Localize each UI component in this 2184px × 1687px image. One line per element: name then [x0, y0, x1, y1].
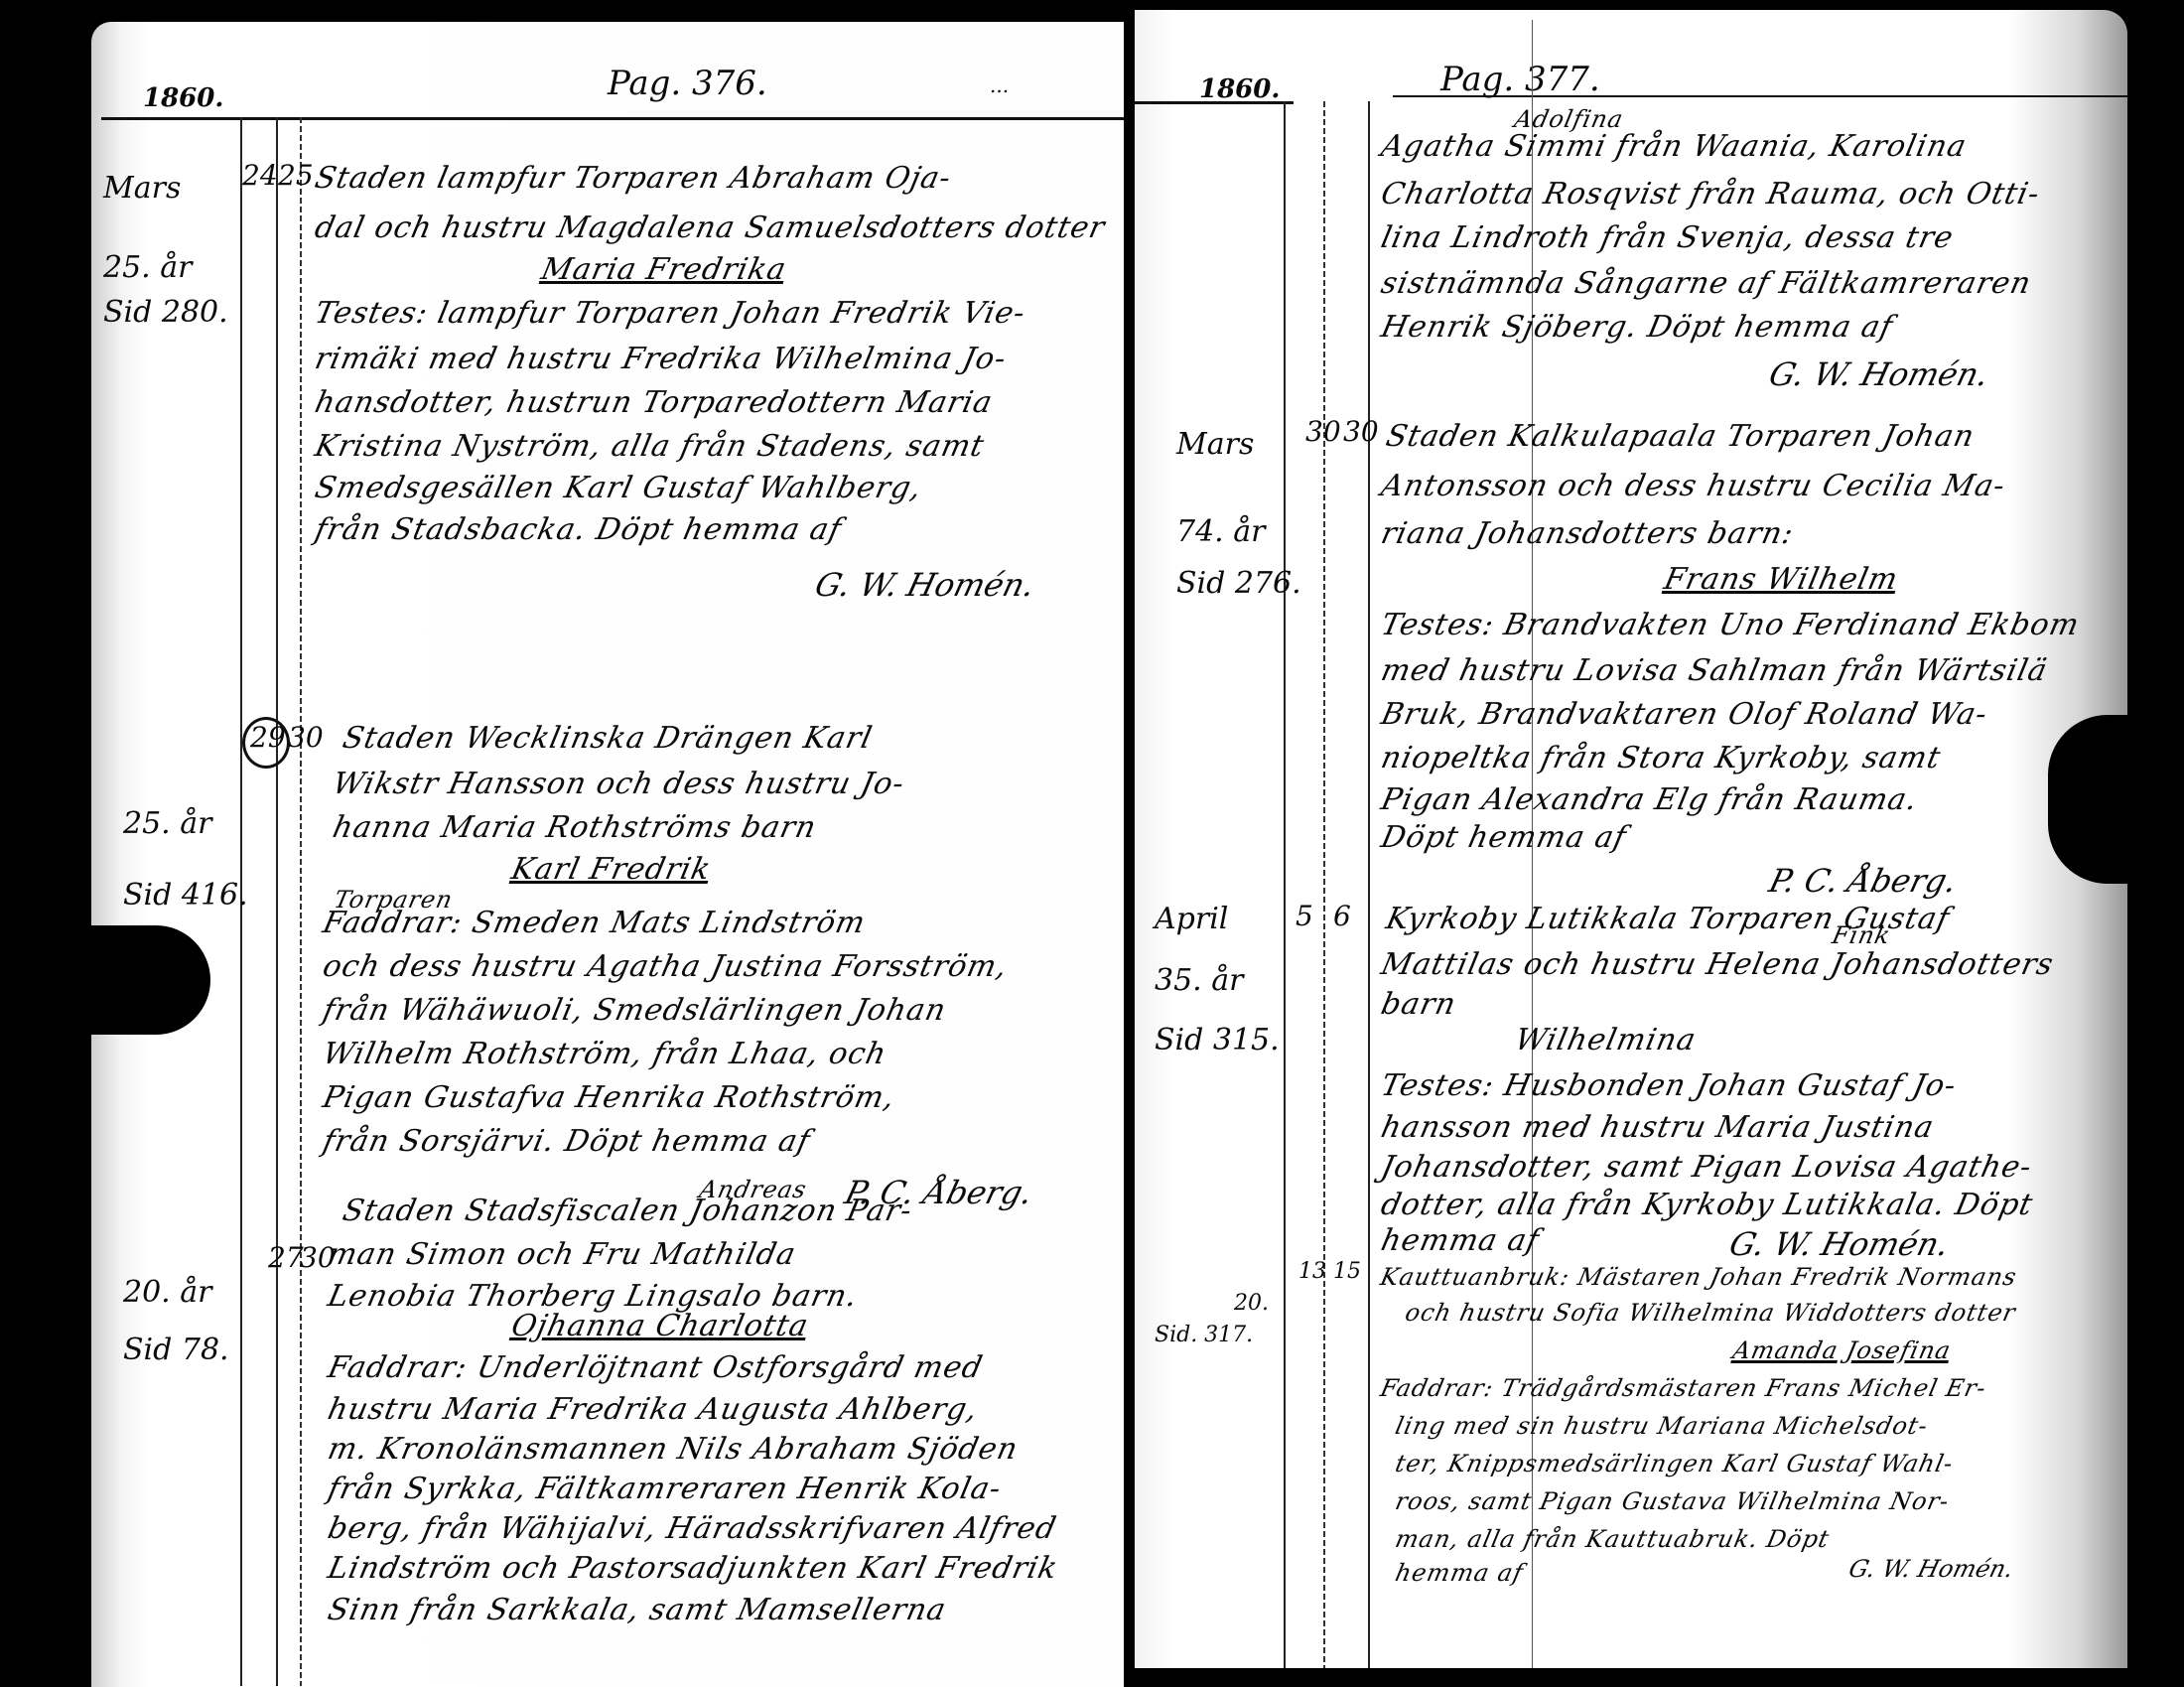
entry-line: hansdotter, hustrun Torparedottern Maria: [312, 385, 996, 420]
entry-line: från Sorsjärvi. Döpt hemma af: [320, 1124, 813, 1159]
margin-ref: Sid. 317.: [1155, 1323, 1253, 1347]
child-name: Maria Fredrika: [538, 252, 790, 287]
entry-line: barn: [1378, 987, 1459, 1022]
entry-line: Döpt hemma af: [1378, 820, 1630, 855]
margin-age: 35. år: [1155, 963, 1243, 998]
signature: P. C. Åberg.: [1765, 862, 1961, 900]
column-rule-born: [276, 117, 278, 1686]
entry-line: från Syrkka, Fältkamreraren Henrik Kola-: [325, 1472, 1005, 1506]
corner-mark: ...: [990, 73, 1009, 97]
child-name: Frans Wilhelm: [1661, 562, 1901, 597]
entry-line: Pigan Alexandra Elg från Rauma.: [1378, 782, 1921, 817]
day-born: 24: [242, 159, 278, 192]
page-number: Pag. 376.: [608, 64, 767, 103]
entry-line: m. Kronolänsmannen Nils Abraham Sjöden: [325, 1432, 1022, 1467]
entry-line: från Wähäwuoli, Smedslärlingen Johan: [320, 993, 949, 1028]
entry-line: Mattilas och hustru Helena Johansdotters: [1378, 947, 2057, 982]
entry-line: Testes: Brandvakten Uno Ferdinand Ekbom: [1378, 608, 2083, 642]
margin-ref: Sid 280.: [103, 295, 228, 330]
entry-month: Mars: [103, 171, 181, 206]
entry-line: Henrik Sjöberg. Döpt hemma af: [1378, 310, 1896, 345]
entry-line: Staden Wecklinska Drängen Karl: [340, 721, 876, 756]
margin-age: 20. år: [123, 1275, 211, 1310]
entry-line: och dess hustru Agatha Justina Forsström…: [320, 949, 1011, 984]
entry-line: roos, samt Pigan Gustava Wilhelmina Nor-: [1393, 1487, 1952, 1515]
page-year: 1860.: [143, 83, 223, 113]
margin-ref: Sid 276.: [1176, 566, 1301, 601]
entry-line: sistnämnda Sångarne af Fältkamreraren: [1378, 266, 2034, 301]
signature: G. W. Homén.: [1846, 1555, 2017, 1583]
entry-line: Pigan Gustafva Henrika Rothström,: [320, 1080, 898, 1115]
entry-line: Kristina Nyström, alla från Stadens, sam…: [312, 429, 988, 464]
child-name: Amanda Josefina: [1730, 1336, 1954, 1364]
margin-age: 74. år: [1176, 514, 1265, 549]
margin-ref: Sid 416.: [123, 878, 248, 913]
day-born: 13: [1298, 1259, 1326, 1284]
entry-line: Faddrar: Trädgårdsmästaren Frans Michel …: [1378, 1374, 1989, 1402]
margin-age: 25. år: [103, 250, 192, 285]
day-baptized: 30: [288, 721, 324, 754]
entry-line: Smedsgesällen Karl Gustaf Wahlberg,: [312, 471, 925, 505]
entry-line: Johansdotter, samt Pigan Lovisa Agathe-: [1378, 1150, 2035, 1185]
page-edge-shadow: [2048, 715, 2127, 884]
insert-above: Fink: [1830, 921, 1893, 949]
header-rule: [1393, 95, 2127, 97]
day-born: 27: [268, 1241, 304, 1274]
entry-line: hustru Maria Fredrika Augusta Ahlberg,: [325, 1392, 981, 1427]
page-number: Pag. 377.: [1440, 60, 1600, 99]
column-rule-baptized: [1368, 101, 1370, 1668]
entry-line: niopeltka från Stora Kyrkoby, samt: [1378, 741, 1944, 775]
header-rule: [1135, 101, 1294, 104]
entry-line: Bruk, Brandvaktaren Olof Roland Wa-: [1378, 697, 1990, 732]
day-born: 29: [250, 721, 286, 754]
entry-line: hansson med hustru Maria Justina: [1378, 1110, 1937, 1145]
entry-line: lina Lindroth från Svenja, dessa tre: [1378, 220, 1957, 255]
left-page: 1860. Pag. 376. ... Mars 24 25 25. år Si…: [91, 22, 1124, 1687]
signature: G. W. Homén.: [811, 566, 1038, 604]
entry-month: April: [1155, 902, 1228, 936]
child-name: Ojhanna Charlotta: [508, 1309, 812, 1343]
entry-line: med hustru Lovisa Sahlman från Wärtsilä: [1378, 653, 2051, 688]
entry-line: Wilhelm Rothström, från Lhaa, och: [320, 1037, 889, 1071]
entry-line: Testes: lampfur Torparen Johan Fredrik V…: [312, 296, 1028, 331]
entry-line: Staden Stadsfiscalen Johanzon Par-: [340, 1194, 915, 1228]
column-rule-date: [1284, 101, 1286, 1668]
day-baptized: 30: [1343, 415, 1379, 448]
entry-line: berg, från Wähijalvi, Häradsskrifvaren A…: [325, 1511, 1060, 1546]
entry-line: ling med sin hustru Mariana Michelsdot-: [1393, 1412, 1931, 1440]
entry-line: riana Johansdotters barn:: [1378, 516, 1797, 551]
entry-line: Staden Kalkulapaala Torparen Johan: [1383, 419, 1978, 454]
entry-line: Agatha Simmi från Waania, Karolina: [1378, 129, 1970, 164]
right-page: 1860. Pag. 377. Adolfina Agatha Simmi fr…: [1135, 10, 2127, 1668]
signature: G. W. Homén.: [1725, 1225, 1953, 1263]
entry-line: Testes: Husbonden Johan Gustaf Jo-: [1378, 1068, 1960, 1103]
entry-line: från Stadsbacka. Döpt hemma af: [312, 512, 845, 547]
entry-line: man, alla från Kauttuabruk. Döpt: [1393, 1525, 1833, 1553]
entry-line: dotter, alla från Kyrkoby Lutikkala. Döp…: [1378, 1188, 2036, 1222]
entry-line: Faddrar: Smeden Mats Lindström: [320, 906, 869, 940]
day-baptized: 6: [1333, 900, 1351, 932]
entry-line: Sinn från Sarkkala, samt Mamsellerna: [325, 1593, 950, 1627]
entry-line: Charlotta Rosqvist från Rauma, och Otti-: [1378, 177, 2043, 211]
entry-line: Lindström och Pastorsadjunkten Karl Fred…: [325, 1551, 1061, 1586]
day-born: 5: [1296, 900, 1313, 932]
margin-ref: Sid 315.: [1155, 1023, 1280, 1057]
entry-line: dal och hustru Magdalena Samuelsdotters …: [312, 211, 1109, 245]
entry-line: Wikstr Hansson och dess hustru Jo-: [330, 767, 907, 801]
signature: G. W. Homén.: [1765, 355, 1992, 393]
entry-line: hanna Maria Rothströms barn: [330, 810, 820, 845]
entry-line: hemma af: [1393, 1559, 1526, 1587]
entry-line: Staden lampfur Torparen Abraham Oja-: [312, 161, 955, 196]
entry-line: rimäki med hustru Fredrika Wilhelmina Jo…: [312, 342, 1010, 376]
child-name: Karl Fredrik: [508, 852, 714, 887]
entry-line: Kauttuanbruk: Mästaren Johan Fredrik Nor…: [1378, 1263, 2019, 1291]
column-rule-born: [1323, 101, 1325, 1668]
day-baptized: 25: [278, 159, 314, 192]
day-born: 30: [1305, 415, 1341, 448]
entry-line: man Simon och Fru Mathilda: [325, 1237, 799, 1272]
margin-ref: Sid 78.: [123, 1333, 229, 1367]
entry-line: Antonsson och dess hustru Cecilia Ma-: [1378, 469, 2008, 503]
entry-line: och hustru Sofia Wilhelmina Widdotters d…: [1403, 1299, 2018, 1327]
day-baptized: 15: [1333, 1259, 1361, 1284]
entry-month: Mars: [1176, 427, 1254, 462]
child-name: Wilhelmina: [1512, 1023, 1700, 1057]
header-rule: [101, 117, 1124, 120]
page-year: 1860.: [1199, 74, 1280, 104]
entry-line: Faddrar: Underlöjtnant Ostforsgård med: [325, 1350, 986, 1385]
column-rule-baptized: [300, 117, 302, 1686]
margin-age: 20.: [1234, 1291, 1269, 1316]
entry-line: ter, Knippsmedsärlingen Karl Gustaf Wahl…: [1393, 1450, 1956, 1477]
margin-age: 25. år: [123, 806, 211, 841]
binding-shadow: [91, 925, 210, 1035]
entry-line: hemma af: [1378, 1223, 1543, 1258]
